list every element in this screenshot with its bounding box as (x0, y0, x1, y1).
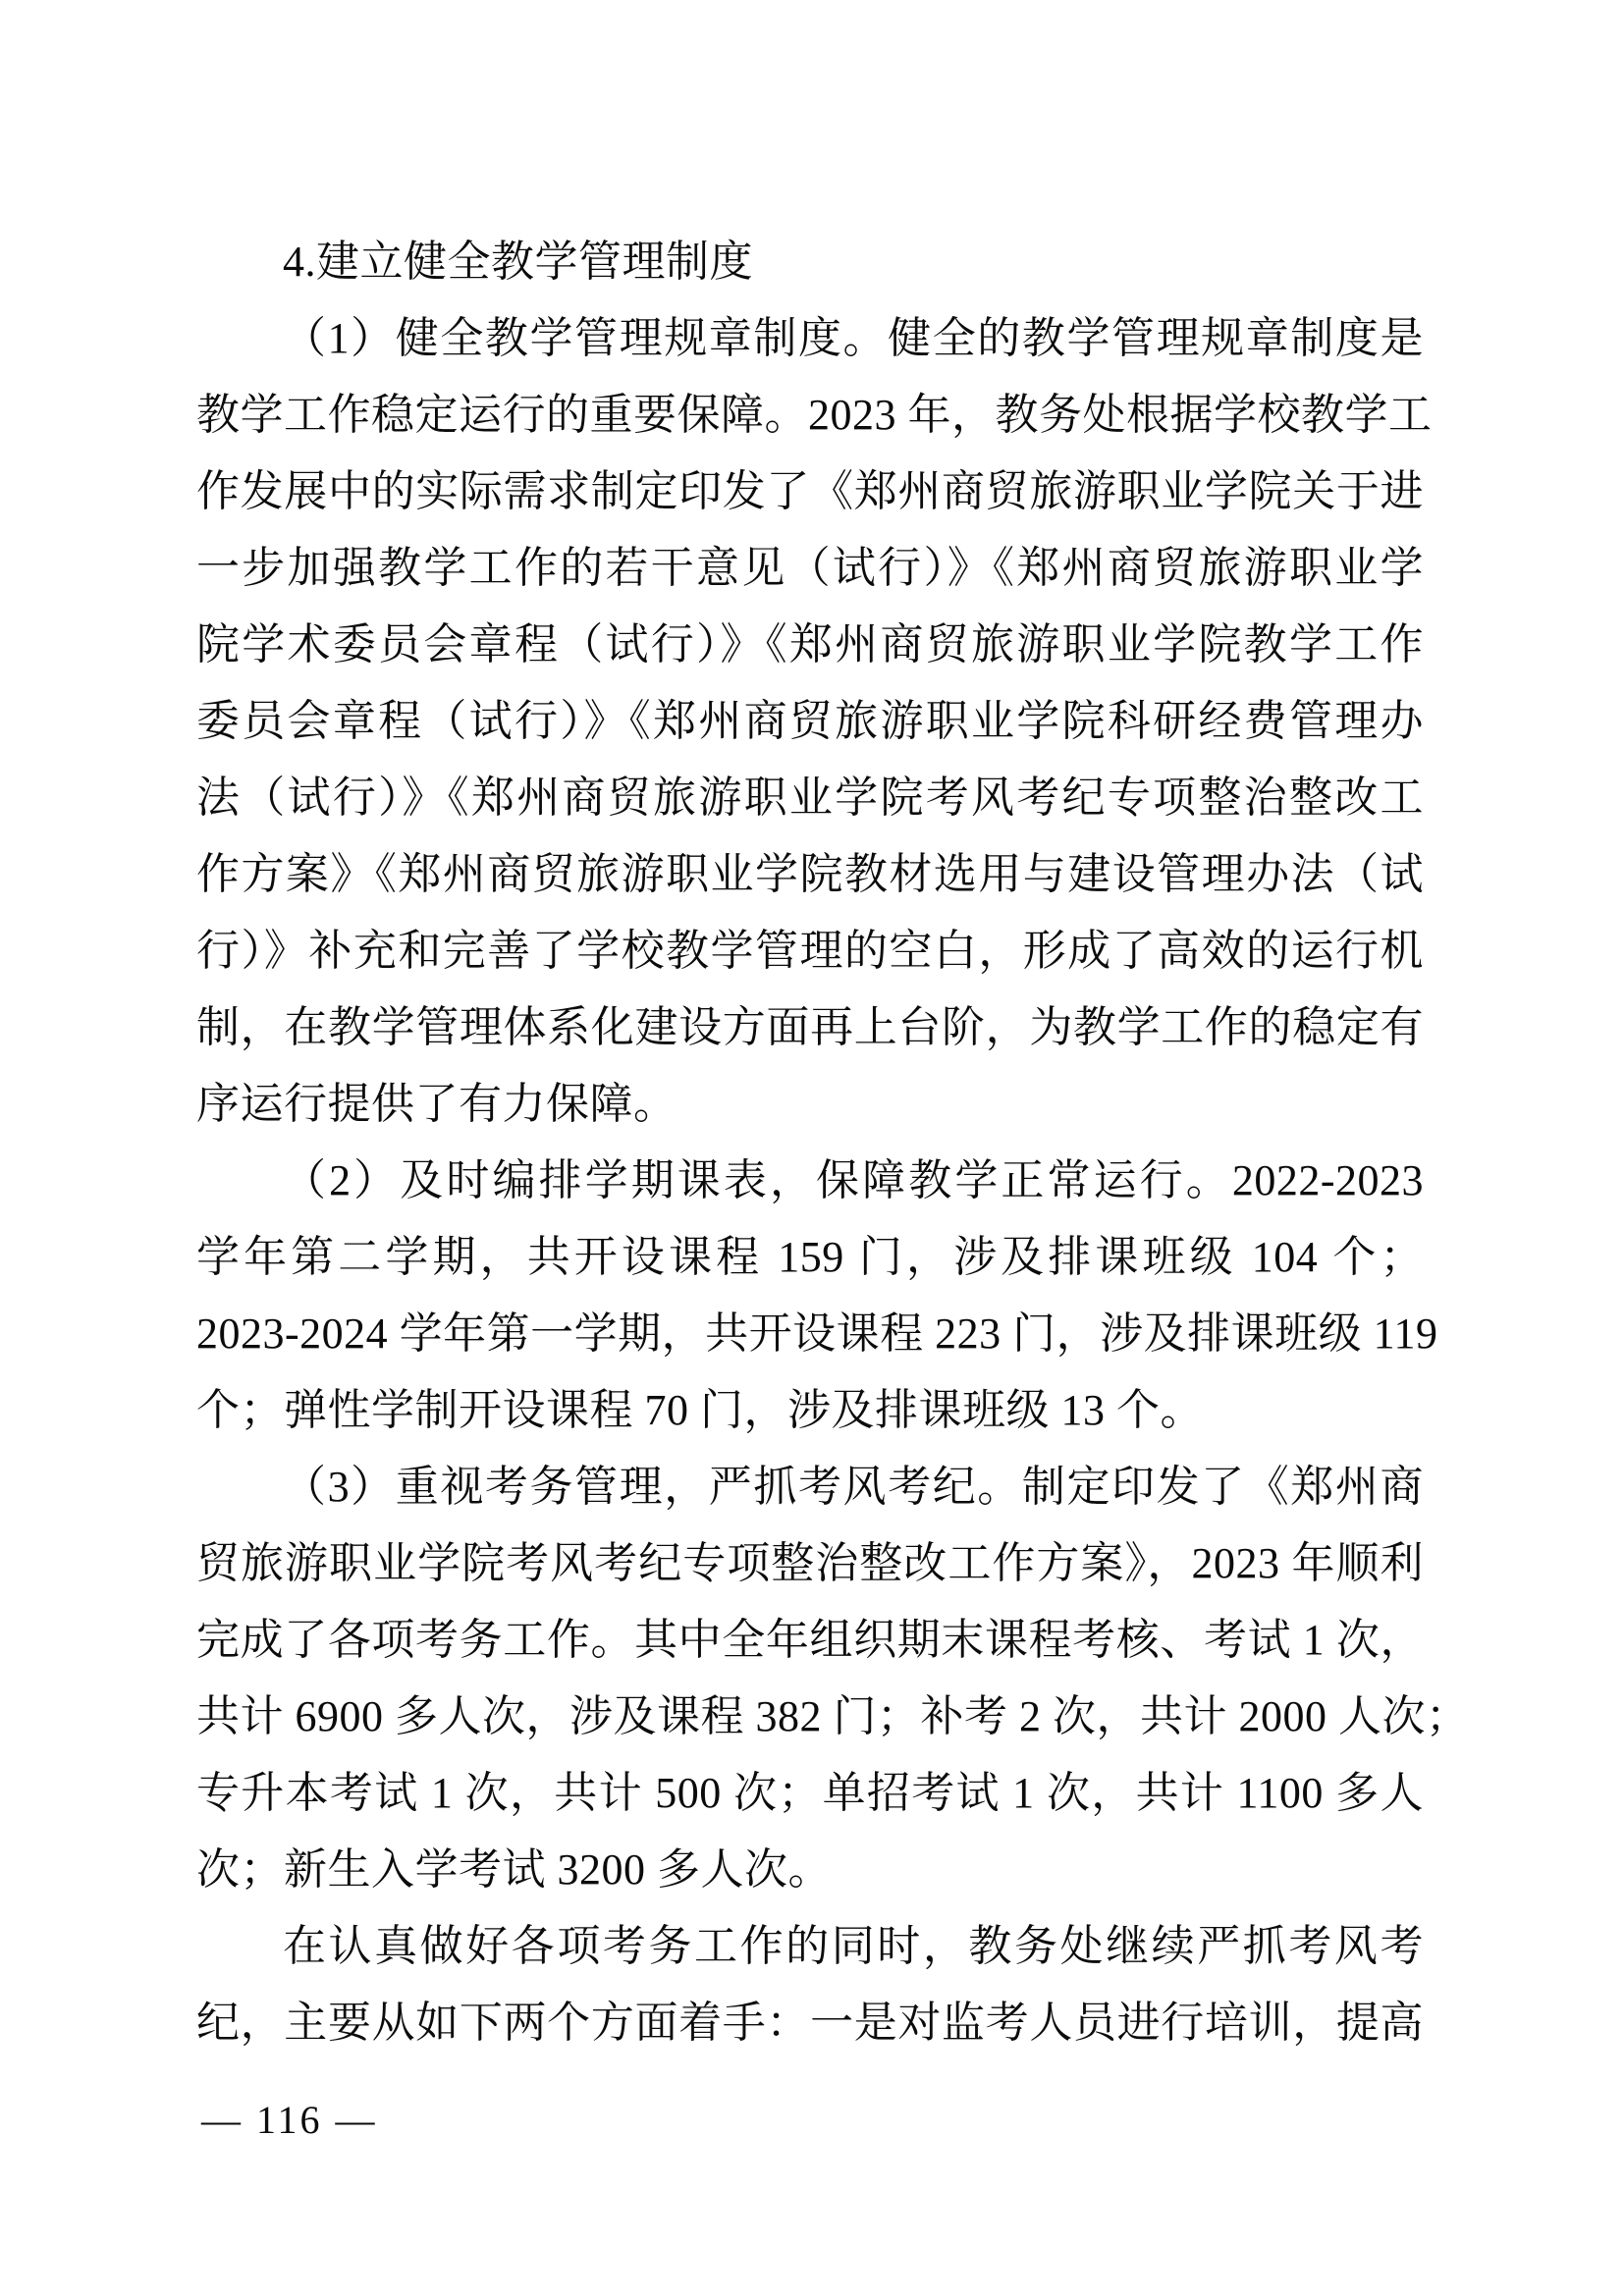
text-line: 作方案》《郑州商贸旅游职业学院教材选用与建设管理办法（试 (196, 836, 1424, 913)
page-number: — 116 — (201, 2098, 378, 2142)
page-footer: — 116 — (201, 2095, 378, 2146)
text-line: 在认真做好各项考务工作的同时，教务处继续严抓考风考 (196, 1908, 1424, 1985)
text-line: （2）及时编排学期课表，保障教学正常运行。2022-2023 (196, 1143, 1424, 1219)
text-line: 教学工作稳定运行的重要保障。2023 年，教务处根据学校教学工 (196, 377, 1424, 454)
text-line: 院学术委员会章程（试行）》《郑州商贸旅游职业学院教学工作 (196, 607, 1424, 683)
text-line: （1）健全教学管理规章制度。健全的教学管理规章制度是 (196, 300, 1424, 377)
document-body: 4.建立健全教学管理制度 （1）健全教学管理规章制度。健全的教学管理规章制度是 … (196, 224, 1424, 2061)
text-line: 贸旅游职业学院考风考纪专项整治整改工作方案》，2023 年顺利 (196, 1525, 1424, 1602)
text-line: 专升本考试 1 次，共计 500 次；单招考试 1 次，共计 1100 多人 (196, 1755, 1424, 1832)
text-line: 学年第二学期，共开设课程 159 门，涉及排课班级 104 个； (196, 1219, 1424, 1296)
text-line: 完成了各项考务工作。其中全年组织期末课程考核、考试 1 次， (196, 1602, 1424, 1679)
paragraph-heading: 4.建立健全教学管理制度 (196, 224, 1424, 300)
paragraph-4: 在认真做好各项考务工作的同时，教务处继续严抓考风考 纪，主要从如下两个方面着手：… (196, 1908, 1424, 2061)
text-line: 委员会章程（试行）》《郑州商贸旅游职业学院科研经费管理办 (196, 683, 1424, 760)
paragraph-1: （1）健全教学管理规章制度。健全的教学管理规章制度是 教学工作稳定运行的重要保障… (196, 300, 1424, 1143)
document-page: 4.建立健全教学管理制度 （1）健全教学管理规章制度。健全的教学管理规章制度是 … (0, 0, 1624, 2296)
text-line: 4.建立健全教学管理制度 (196, 224, 1424, 300)
text-line: 2023-2024 学年第一学期，共开设课程 223 门，涉及排课班级 119 (196, 1296, 1424, 1372)
text-line: 制，在教学管理体系化建设方面再上台阶，为教学工作的稳定有 (196, 989, 1424, 1066)
text-line: （3）重视考务管理，严抓考风考纪。制定印发了《郑州商 (196, 1449, 1424, 1525)
paragraph-3: （3）重视考务管理，严抓考风考纪。制定印发了《郑州商 贸旅游职业学院考风考纪专项… (196, 1449, 1424, 1908)
text-line: 行）》补充和完善了学校教学管理的空白，形成了高效的运行机 (196, 913, 1424, 989)
text-line: 法（试行）》《郑州商贸旅游职业学院考风考纪专项整治整改工 (196, 760, 1424, 836)
text-line: 作发展中的实际需求制定印发了《郑州商贸旅游职业学院关于进 (196, 454, 1424, 530)
text-line: 个；弹性学制开设课程 70 门，涉及排课班级 13 个。 (196, 1372, 1424, 1449)
paragraph-2: （2）及时编排学期课表，保障教学正常运行。2022-2023 学年第二学期，共开… (196, 1143, 1424, 1449)
text-line: 次；新生入学考试 3200 多人次。 (196, 1832, 1424, 1908)
text-line: 序运行提供了有力保障。 (196, 1066, 1424, 1143)
text-line: 纪，主要从如下两个方面着手：一是对监考人员进行培训，提高 (196, 1985, 1424, 2061)
text-line: 一步加强教学工作的若干意见（试行）》《郑州商贸旅游职业学 (196, 530, 1424, 607)
text-line: 共计 6900 多人次，涉及课程 382 门；补考 2 次，共计 2000 人次… (196, 1679, 1424, 1755)
